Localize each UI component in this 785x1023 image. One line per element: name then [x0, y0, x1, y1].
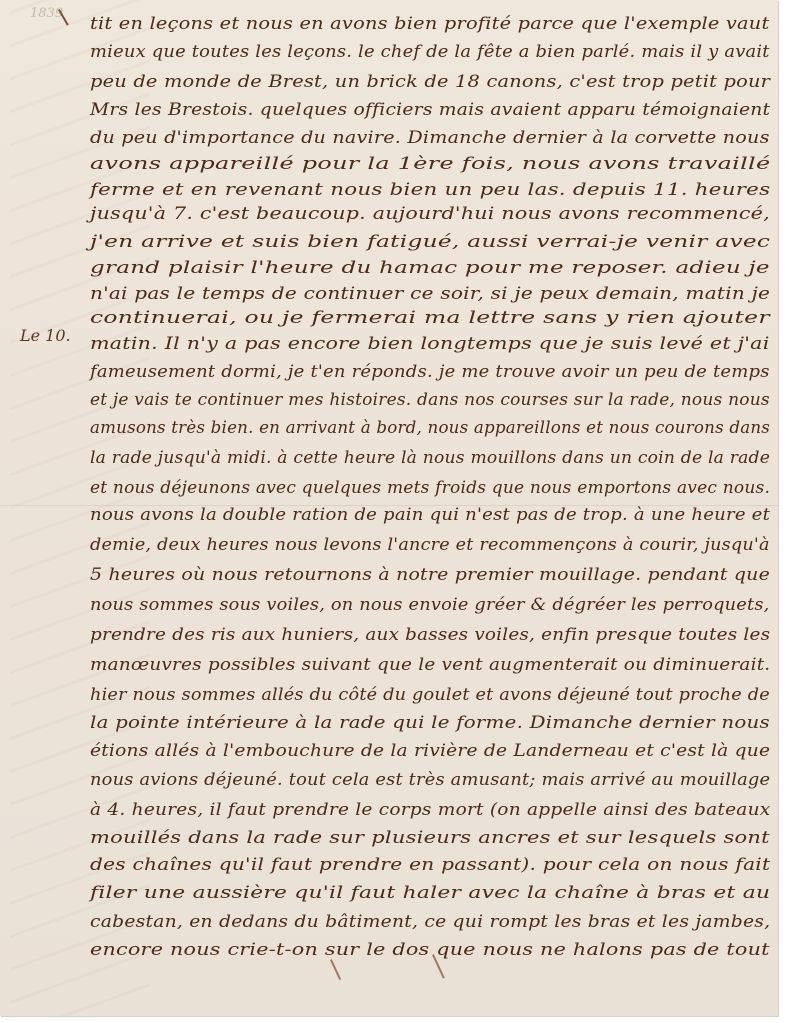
text-line: amusons très bien. en arrivant à bord, n…: [90, 418, 770, 438]
text-line: j'en arrive et suis bien fatigué, aussi …: [90, 232, 770, 252]
text-line: encore nous crie-t-on sur le dos que nou…: [90, 940, 770, 960]
text-line: nous sommes sous voiles, on nous envoie …: [90, 595, 769, 615]
text-line: prendre des ris aux huniers, aux basses …: [90, 625, 770, 645]
text-line: peu de monde de Brest, un brick de 18 ca…: [90, 72, 770, 92]
text-line: filer une aussière qu'il faut haler avec…: [90, 883, 770, 903]
ink-mark: [330, 959, 341, 980]
text-line: la pointe intérieure à la rade qui le fo…: [90, 713, 770, 733]
text-line: hier nous sommes allés du côté du goulet…: [90, 685, 770, 705]
text-line: 5 heures où nous retournons à notre prem…: [90, 565, 770, 585]
text-line: mouillés dans la rade sur plusieurs ancr…: [90, 828, 770, 848]
text-line: à 4. heures, il faut prendre le corps mo…: [90, 800, 770, 820]
text-line: ferme et en revenant nous bien un peu la…: [90, 180, 770, 200]
text-line: et nous déjeunons avec quelques mets fro…: [90, 478, 770, 498]
bleed-through-year: 1839: [30, 6, 63, 21]
text-line: Mrs les Brestois. quelques officiers mai…: [90, 100, 770, 120]
text-line: tit en leçons et nous en avons bien prof…: [90, 14, 769, 34]
text-line: nous avons la double ration de pain qui …: [90, 505, 770, 525]
text-line: n'ai pas le temps de continuer ce soir, …: [90, 284, 770, 304]
text-line: étions allés à l'embouchure de la rivièr…: [90, 741, 770, 761]
text-line: jusqu'à 7. c'est beaucoup. aujourd'hui n…: [90, 204, 770, 224]
text-line: et je vais te continuer mes histoires. d…: [90, 390, 770, 410]
letter-page: 1839 Le 10. tit en leçons et nous en avo…: [0, 0, 778, 1016]
text-line: manœuvres possibles suivant que le vent …: [90, 655, 770, 675]
text-line: fameusement dormi, je t'en réponds. je m…: [90, 362, 770, 382]
text-line: des chaînes qu'il faut prendre en passan…: [90, 855, 770, 875]
text-line: matin. Il n'y a pas encore bien longtemp…: [90, 334, 770, 354]
text-line: la rade jusqu'à midi. à cette heure là n…: [90, 448, 770, 468]
text-line: continuerai, ou je fermerai ma lettre sa…: [90, 308, 770, 328]
text-line: avons appareillé pour la 1ère fois, nous…: [90, 154, 770, 174]
text-line: nous avions déjeuné. tout cela est très …: [90, 770, 770, 790]
text-line: grand plaisir l'heure du hamac pour me r…: [90, 258, 770, 278]
margin-date-note: Le 10.: [20, 326, 71, 345]
text-line: mieux que toutes les leçons. le chef de …: [90, 42, 770, 62]
text-line: du peu d'importance du navire. Dimanche …: [90, 128, 770, 148]
text-line: demie, deux heures nous levons l'ancre e…: [90, 535, 770, 555]
text-line: cabestan, en dedans du bâtiment, ce qui …: [90, 912, 770, 932]
